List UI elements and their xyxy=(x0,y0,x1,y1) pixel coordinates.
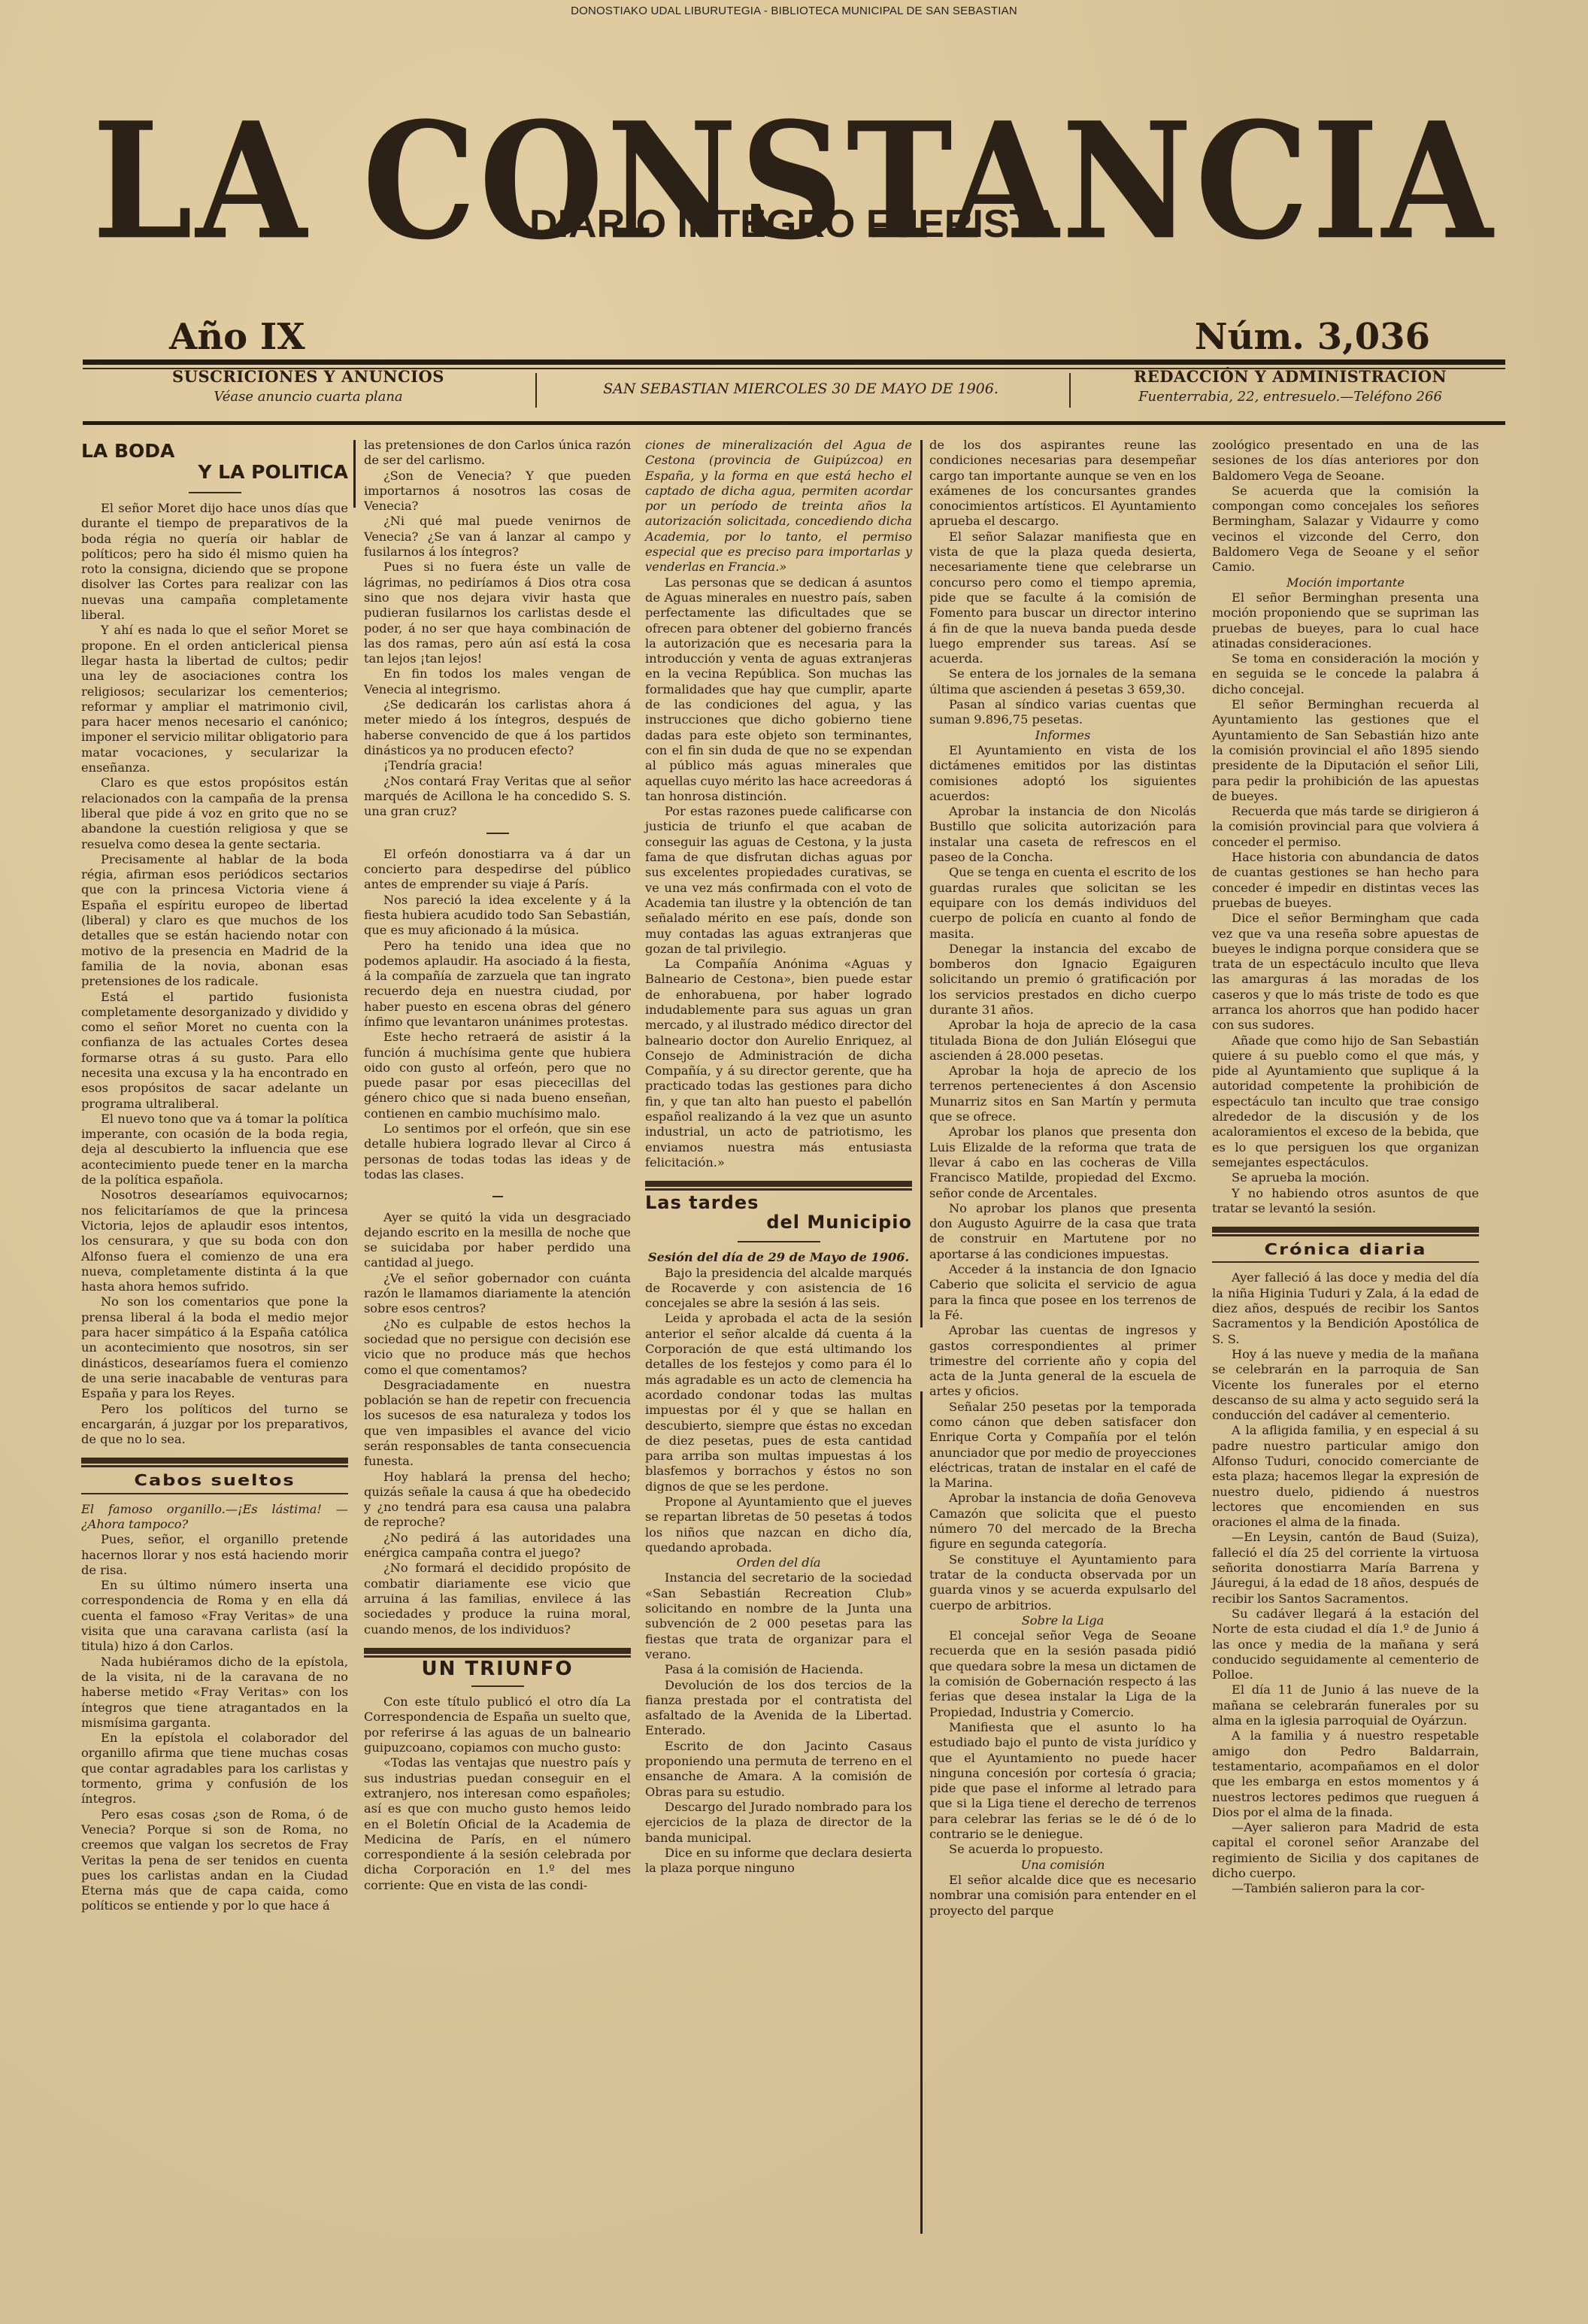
paragraph: El señor Berminghan recuerda al Ayuntami… xyxy=(1212,697,1479,804)
comision-body: El señor alcalde dice que es necesario n… xyxy=(929,1873,1196,1919)
paragraph: Desgraciadamente en nuestra población se… xyxy=(364,1378,631,1470)
section-divider xyxy=(81,1458,348,1465)
paragraph: Se aprueba la moción. xyxy=(1212,1170,1479,1185)
article-body-municipio-end: zoológico presentado en una de las sesio… xyxy=(1212,438,1479,575)
paragraph: Manifiesta que el asunto lo ha estudiado… xyxy=(929,1720,1196,1842)
newspaper-subtitle: DIARIO ÍNTEGRO FUERISTA xyxy=(0,202,1588,247)
paragraph: Aprobar la instancia de doña Genoveva Ca… xyxy=(929,1491,1196,1552)
paragraph: ¿Se dedicarán los carlistas ahora á mete… xyxy=(364,697,631,758)
paragraph: Con este título publicó el otro día La C… xyxy=(364,1694,631,1755)
office-box: REDACCIÓN Y ADMINISTRACION Fuenterrabia,… xyxy=(1075,367,1505,405)
paragraph: Leida y aprobada el acta de la sesión an… xyxy=(645,1311,912,1494)
paragraph: El señor Berminghan presenta una moción … xyxy=(1212,590,1479,651)
section-divider xyxy=(1212,1227,1479,1234)
paragraph: En fin todos los males vengan de Venecia… xyxy=(364,666,631,697)
paragraph: Se toma en consideración la moción y en … xyxy=(1212,651,1479,697)
headline-rule xyxy=(471,1685,524,1687)
office-title: REDACCIÓN Y ADMINISTRACION xyxy=(1075,367,1505,386)
paragraph: Claro es que estos propósitos están rela… xyxy=(81,775,348,851)
article-body-cronica: Ayer falleció á las doce y media del día… xyxy=(1212,1270,1479,1896)
paragraph: Bajo la presidencia del alcalde marqués … xyxy=(645,1266,912,1312)
subhead-orden: Orden del día xyxy=(645,1555,912,1570)
paragraph: Que se tenga en cuenta el escrito de los… xyxy=(929,865,1196,941)
paragraph: Lo sentimos por el orfeón, que sin ese d… xyxy=(364,1121,631,1182)
article-body-cabos-cont: las pretensiones de don Carlos única raz… xyxy=(364,438,631,819)
column-4: de los dos aspirantes reune las condicio… xyxy=(929,438,1196,1919)
paragraph: Se acuerda que la comisión la compongan … xyxy=(1212,484,1479,575)
paragraph: Recuerda que más tarde se dirigieron á l… xyxy=(1212,804,1479,850)
paragraph: Pero los políticos del turno se encargar… xyxy=(81,1402,348,1448)
info-divider xyxy=(535,373,537,408)
info-bar: SUSCRICIONES Y ANUNCIOS Véase anuncio cu… xyxy=(83,367,1505,420)
paragraph: Hace historia con abundancia de datos de… xyxy=(1212,850,1479,911)
article-body-orfeon: El orfeón donostiarra va á dar un concie… xyxy=(364,847,631,1183)
issue-year: Año IX xyxy=(169,316,305,358)
paragraph: Por estas razones puede calificarse con … xyxy=(645,804,912,957)
mocion-body: El señor Berminghan presenta una moción … xyxy=(1212,590,1479,1216)
paragraph: Se entera de los jornales de la semana ú… xyxy=(929,666,1196,697)
paragraph: Pasa á la comisión de Hacienda. xyxy=(645,1662,912,1677)
library-banner: DONOSTIAKO UDAL LIBURUTEGIA - BIBLIOTECA… xyxy=(0,5,1588,17)
paragraph: El nuevo tono que va á tomar la política… xyxy=(81,1112,348,1188)
issue-date: SAN SEBASTIAN MIERCOLES 30 DE MAYO DE 19… xyxy=(541,381,1060,397)
paragraph: No aprobar los planos que presenta don A… xyxy=(929,1201,1196,1262)
paragraph: Propone al Ayuntamiento que el jueves se… xyxy=(645,1494,912,1555)
article-body-municipio: Bajo la presidencia del alcalde marqués … xyxy=(645,1266,912,1556)
headline-line-1: Las tardes xyxy=(645,1192,759,1213)
column-3: ciones de mineralización del Agua de Ces… xyxy=(645,438,912,1876)
subhead-liga: Sobre la Liga xyxy=(929,1613,1196,1628)
office-address: Fuenterrabia, 22, entresuelo.—Teléfono 2… xyxy=(1075,389,1505,405)
header-rule-bottom xyxy=(83,421,1505,425)
column-rule xyxy=(920,440,923,1327)
paragraph: El señor Salazar manifiesta que en vista… xyxy=(929,529,1196,667)
paragraph: ¿Son de Venecia? Y que pueden importarno… xyxy=(364,469,631,514)
column-rule xyxy=(353,440,356,508)
article-body-triunfo: Con este título publicó el otro día La C… xyxy=(364,1694,631,1893)
paragraph: En su último número inserta una correspo… xyxy=(81,1578,348,1654)
paragraph: Ayer se quitó la vida un desgraciado dej… xyxy=(364,1210,631,1271)
paragraph: Añade que como hijo de San Sebastián qui… xyxy=(1212,1033,1479,1171)
triunfo-quote: ciones de mineralización del Agua de Ces… xyxy=(645,438,912,575)
section-divider xyxy=(364,1648,631,1655)
paragraph: ¿Ve el señor gobernador con cuánta razón… xyxy=(364,1271,631,1317)
paragraph: El Ayuntamiento en vista de los dictámen… xyxy=(929,743,1196,804)
headline-line-2: Y LA POLITICA xyxy=(81,462,348,483)
paragraph: ¿No es culpable de estos hechos la socie… xyxy=(364,1317,631,1378)
paragraph: El orfeón donostiarra va á dar un concie… xyxy=(364,847,631,893)
headline-line-1: LA BODA xyxy=(81,440,174,462)
paragraph: Ayer falleció á las doce y media del día… xyxy=(1212,1270,1479,1346)
paragraph: Señalar 250 pesetas por la temporada com… xyxy=(929,1400,1196,1491)
paragraph: No son los comentarios que pone la prens… xyxy=(81,1294,348,1401)
paragraph: de los dos aspirantes reune las condicio… xyxy=(929,438,1196,529)
agenda-items: Instancia del secretario de la sociedad … xyxy=(645,1570,912,1876)
paragraph: Aprobar las cuentas de ingresos y gastos… xyxy=(929,1323,1196,1399)
paragraph: Devolución de los dos tercios de la fian… xyxy=(645,1678,912,1739)
separator-dash xyxy=(364,825,631,840)
section-rule xyxy=(81,1493,348,1494)
section-rule xyxy=(1212,1261,1479,1263)
paragraph: Aprobar los planos que presenta don Luis… xyxy=(929,1124,1196,1200)
paragraph: Hoy hablará la prensa del hecho; quizás … xyxy=(364,1470,631,1531)
article-headline-triunfo: UN TRIUNFO xyxy=(364,1661,631,1676)
paragraph: Nosotros desearíamos equivocarnos; nos f… xyxy=(81,1188,348,1294)
paragraph: Y ahí es nada lo que el señor Moret se p… xyxy=(81,623,348,775)
paragraph: A la familia y á nuestro respetable amig… xyxy=(1212,1728,1479,1820)
paragraph: El señor Moret dijo hace unos días que d… xyxy=(81,501,348,623)
column-rule xyxy=(920,1391,923,2234)
paragraph: Se constituye el Ayuntamiento para trata… xyxy=(929,1552,1196,1613)
paragraph: Escrito de don Jacinto Casaus proponiend… xyxy=(645,1739,912,1800)
paragraph: Acceder á la instancia de don Ignacio Ca… xyxy=(929,1262,1196,1323)
article-body-boda: El señor Moret dijo hace unos días que d… xyxy=(81,501,348,1447)
paragraph: El concejal señor Vega de Seoane recuerd… xyxy=(929,1628,1196,1720)
subscriptions-note: Véase anuncio cuarta plana xyxy=(98,389,519,405)
header-rule-top xyxy=(83,360,1505,365)
subhead-informes: Informes xyxy=(929,728,1196,743)
separator-dash xyxy=(364,1188,631,1203)
paragraph: Y no habiendo otros asuntos de que trata… xyxy=(1212,1186,1479,1217)
paragraph: Su cadáver llegará á la estación del Nor… xyxy=(1212,1606,1479,1682)
cabos-lead: El famoso organillo.—¡Es lástima! —¿Ahor… xyxy=(81,1502,348,1533)
column-5: zoológico presentado en una de las sesio… xyxy=(1212,438,1479,1897)
paragraph: ¿Nos contará Fray Veritas que al señor m… xyxy=(364,774,631,820)
dateline: SAN SEBASTIAN MIERCOLES 30 DE MAYO DE 19… xyxy=(541,367,1060,397)
info-divider xyxy=(1069,373,1071,408)
paragraph: Pues, señor, el organillo pretende hacer… xyxy=(81,1532,348,1578)
paragraph: En la epístola el colaborador del organi… xyxy=(81,1731,348,1807)
paragraph: Pero esas cosas ¿son de Roma, ó de Venec… xyxy=(81,1807,348,1914)
paragraph: ¿No formará el decidido propósito de com… xyxy=(364,1561,631,1637)
column-2: las pretensiones de don Carlos única raz… xyxy=(364,438,631,1893)
paragraph: Aprobar la hoja de aprecio de la casa ti… xyxy=(929,1018,1196,1063)
article-headline-boda: LA BODA Y LA POLITICA xyxy=(81,441,348,483)
subscriptions-title: SUSCRICIONES Y ANUNCIOS xyxy=(98,367,519,386)
paragraph: Nada hubiéramos dicho de la epístola, de… xyxy=(81,1655,348,1731)
paragraph: ¿No pedirá á las autoridades una enérgic… xyxy=(364,1531,631,1561)
paragraph: Aprobar la hoja de aprecio de los terren… xyxy=(929,1063,1196,1124)
headline-rule xyxy=(189,492,241,493)
paragraph: Se acuerda lo propuesto. xyxy=(929,1842,1196,1857)
paragraph: Las personas que se dedican á asuntos de… xyxy=(645,575,912,804)
article-body-municipio-cont: de los dos aspirantes reune las condicio… xyxy=(929,438,1196,728)
subhead-comision: Una comisión xyxy=(929,1858,1196,1873)
paragraph: —También salieron para la cor- xyxy=(1212,1881,1479,1896)
paragraph: Hoy á las nueve y media de la mañana se … xyxy=(1212,1347,1479,1423)
article-headline-municipio: Las tardes del Municipio xyxy=(645,1193,912,1232)
paragraph: Denegar la instancia del excabo de bombe… xyxy=(929,942,1196,1018)
paragraph: —En Leysin, cantón de Baud (Suiza), fall… xyxy=(1212,1530,1479,1606)
paragraph: El señor alcalde dice que es necesario n… xyxy=(929,1873,1196,1919)
paragraph: —Ayer salieron para Madrid de esta capit… xyxy=(1212,1820,1479,1881)
paragraph: Este hecho retraerá de asistir á la func… xyxy=(364,1030,631,1121)
section-title-cronica: Crónica diaria xyxy=(1212,1243,1479,1256)
paragraph: Precisamente al hablar de la boda régia,… xyxy=(81,852,348,990)
paragraph: zoológico presentado en una de las sesio… xyxy=(1212,438,1479,484)
subhead-mocion: Moción importante xyxy=(1212,575,1479,590)
paragraph: Dice el señor Bermingham que cada vez qu… xyxy=(1212,911,1479,1033)
paragraph: ¡Tendría gracia! xyxy=(364,758,631,773)
article-body-cabos: Pues, señor, el organillo pretende hacer… xyxy=(81,1532,348,1913)
headline-rule xyxy=(738,1241,820,1242)
paragraph: Pasan al síndico varias cuentas que suma… xyxy=(929,697,1196,728)
paragraph: Pero ha tenido una idea que no podemos a… xyxy=(364,939,631,1030)
paragraph: ¿Ni qué mal puede venirnos de Venecia? ¿… xyxy=(364,514,631,560)
section-divider xyxy=(645,1181,912,1188)
section-title-cabos: Cabos sueltos xyxy=(81,1474,348,1487)
paragraph: Pues si no fuera éste un valle de lágrim… xyxy=(364,560,631,666)
paragraph: A la afligida familia, y en especial á s… xyxy=(1212,1423,1479,1530)
paragraph: Está el partido fusionista completamente… xyxy=(81,990,348,1112)
paragraph: Nos pareció la idea excelente y á la fie… xyxy=(364,893,631,939)
paragraph: «Todas las ventajas que nuestro país y s… xyxy=(364,1755,631,1893)
issue-number: Núm. 3,036 xyxy=(1195,316,1430,358)
session-date: Sesión del día de 29 de Mayo de 1906. xyxy=(645,1250,912,1265)
paragraph: Descargo del Jurado nombrado para los ej… xyxy=(645,1800,912,1846)
article-body-triunfo-cont: Las personas que se dedican á asuntos de… xyxy=(645,575,912,1171)
paragraph: las pretensiones de don Carlos única raz… xyxy=(364,438,631,469)
paragraph: Aprobar la instancia de don Nicolás Bust… xyxy=(929,804,1196,865)
liga-body: El concejal señor Vega de Seoane recuerd… xyxy=(929,1628,1196,1857)
paragraph: La Compañía Anónima «Aguas y Balneario d… xyxy=(645,957,912,1170)
reports-list: El Ayuntamiento en vista de los dictámen… xyxy=(929,743,1196,1613)
column-1: LA BODA Y LA POLITICA El señor Moret dij… xyxy=(81,438,348,1914)
paragraph: Instancia del secretario de la sociedad … xyxy=(645,1570,912,1662)
paragraph: El día 11 de Junio á las nueve de la mañ… xyxy=(1212,1682,1479,1728)
article-body-suicidio: Ayer se quitó la vida un desgraciado dej… xyxy=(364,1210,631,1637)
headline-line-2: del Municipio xyxy=(645,1212,912,1232)
subscriptions-box: SUSCRICIONES Y ANUNCIOS Véase anuncio cu… xyxy=(98,367,519,405)
paragraph: Dice en su informe que declara desierta … xyxy=(645,1846,912,1876)
